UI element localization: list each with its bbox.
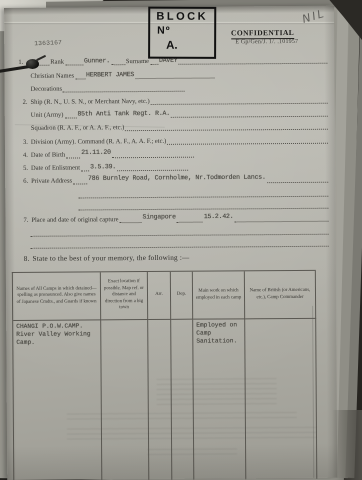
col-header-camps: Names of All Camps in which detained—spe…	[13, 272, 101, 321]
bleed-through-smudge	[67, 424, 317, 440]
fastener-tip	[36, 55, 46, 61]
memory-label: State to the best of your memory, the fo…	[33, 255, 190, 263]
stamp-letter-a: A.	[166, 40, 178, 52]
document-fastener	[0, 54, 50, 80]
field-division: 3. Division (Army). Command (R. A. F., A…	[23, 135, 329, 146]
background-corner	[332, 410, 362, 480]
cell-location	[101, 320, 149, 480]
blank-dotted-line	[30, 238, 330, 249]
enlistment-value: 3.5.39.	[90, 164, 116, 171]
address-value: 786 Burnley Road, Cornholme, Nr.Todmorde…	[88, 174, 266, 182]
capture-place-value: Singapore	[142, 214, 175, 221]
squadron-label: Squadron (R. A. F., or A. A. F., etc.)	[31, 125, 124, 132]
field-private-address: 6. Private Address 786 Burnley Road, Cor…	[23, 174, 329, 185]
field-date-of-birth: 4. Date of Birth 21.11.20	[23, 149, 195, 159]
field-ship: 2. Ship (R. N., U. S. N., or Merchant Na…	[23, 95, 329, 106]
division-label: Division (Army). Command (R. A. F., A. A…	[31, 138, 167, 145]
service-number: 1363167	[34, 39, 62, 47]
item-number: 4.	[23, 152, 28, 159]
classification-label: CONFIDENTIAL	[231, 28, 294, 39]
col-header-camp-commander: Name of British (or Americans, etc.), Ca…	[245, 271, 316, 319]
item-number: 8.	[24, 256, 30, 263]
unit-label: Unit (Army)	[31, 112, 64, 119]
field-memory-instruction: 8. State to the best of your memory, the…	[24, 253, 190, 263]
col-header-main-work: Main work on which employed in each camp	[193, 271, 245, 319]
pow-form-sheet: 1363167 BLOCK Nº A. CONFIDENTIAL E Gp/Ge…	[4, 6, 337, 480]
col-header-arrived: Arr.	[148, 272, 171, 320]
dob-label: Date of Birth	[31, 152, 65, 159]
block-number-stamp: BLOCK Nº A.	[148, 7, 216, 59]
handwritten-nil-annotation: NIL	[301, 7, 327, 26]
item-number: 2.	[23, 99, 28, 106]
scanned-document-photo: 1363167 BLOCK Nº A. CONFIDENTIAL E Gp/Ge…	[0, 0, 362, 480]
bleed-through-smudge	[157, 378, 277, 405]
christian-names-value: HERBERT JAMES	[86, 72, 134, 79]
blank-dotted-line	[77, 188, 329, 199]
rank-value: Gunner.	[84, 58, 110, 65]
decorations-label: Decorations	[31, 86, 62, 93]
file-reference: E Gp/Gen/J. 1/. .101957	[235, 39, 298, 45]
dob-value: 21.11.20	[81, 149, 111, 156]
blank-dotted-line	[30, 226, 330, 237]
field-decorations: Decorations	[31, 83, 186, 93]
surname-label: Surname	[126, 58, 149, 65]
capture-date-value: 15.2.42.	[204, 213, 234, 220]
field-christian-names: Christian Names HERBERT JAMES	[30, 70, 215, 80]
field-place-date-capture: 7. Place and date of original capture Si…	[23, 213, 329, 224]
field-squadron: Squadron (R. A. F., or A. A. F., etc.)	[31, 121, 329, 132]
item-number: 6.	[23, 178, 28, 185]
item-number: 3.	[23, 139, 28, 146]
item-number: 5.	[23, 165, 28, 172]
item-number: 7.	[23, 217, 28, 224]
address-label: Private Address	[31, 178, 72, 185]
col-header-location: Exact location if possible. Map ref. or …	[101, 272, 148, 320]
capture-label: Place and date of original capture	[31, 217, 118, 224]
col-header-departed: Dep.	[171, 272, 193, 320]
ship-label: Ship (R. N., U. S. N., or Merchant Navy,…	[31, 98, 150, 105]
unit-value: 85th Anti Tank Regt. R.A.	[77, 110, 170, 117]
enlistment-label: Date of Enlistment	[31, 165, 80, 172]
field-date-of-enlistment: 5. Date of Enlistment 3.5.39.	[23, 162, 189, 172]
stamp-word-block: BLOCK	[150, 11, 214, 23]
blank-dotted-line	[77, 200, 329, 211]
stamp-word-no: Nº	[157, 25, 170, 37]
bleed-through-smudge	[147, 448, 237, 455]
field-unit: Unit (Army) 85th Anti Tank Regt. R.A.	[31, 108, 329, 119]
bleed-through-smudge	[67, 408, 297, 420]
rank-label: Rank	[50, 59, 64, 66]
cell-camps: CHANGI P.O.W.CAMP. River Valley Working …	[13, 320, 102, 480]
